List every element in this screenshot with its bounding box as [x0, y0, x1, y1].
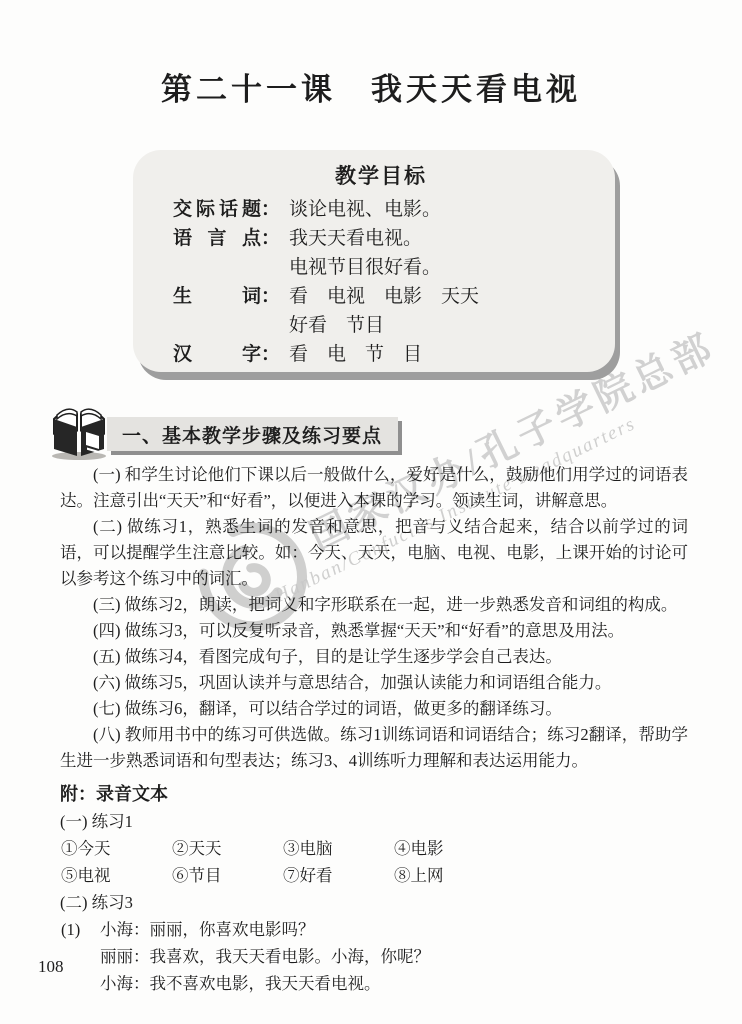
exercise1-item: ①今天 [61, 835, 172, 862]
objective-label-wrap: 生词： [173, 282, 280, 340]
objective-label: 汉字 [173, 340, 261, 369]
objective-content-line: 好看 节目 [289, 311, 479, 340]
objective-content-line: 我天天看电视。 [289, 224, 441, 253]
objectives-title: 教学目标 [173, 160, 589, 190]
body-paragraph: (四) 做练习3，可以反复听录音，熟悉掌握“天天”和“好看”的意思及用法。 [60, 618, 688, 644]
exercise3-label: (二) 练习3 [60, 889, 688, 916]
objective-label-wrap: 汉字： [173, 340, 280, 369]
exercise1-item: ④电影 [394, 835, 505, 862]
exercise1-item: ③电脑 [283, 835, 394, 862]
textbook-page: 国家汉办/孔子学院总部 Hanban/Confucius Institute H… [0, 0, 742, 1024]
exercise1-word-list: ①今天 ②天天 ③电脑 ④电影 ⑤电视 ⑥节目 ⑦好看 ⑧上网 [61, 835, 688, 889]
objective-colon: ： [261, 228, 280, 249]
objective-colon: ： [261, 344, 280, 365]
section-heading: 一、基本教学步骤及练习要点 [122, 421, 382, 448]
exercise1-label: (一) 练习1 [60, 808, 688, 835]
dialogue-line: 小海：我不喜欢电影，我天天看电视。 [100, 970, 688, 997]
body-paragraph: (七) 做练习6，翻译，可以结合学过的词语，做更多的翻译练习。 [60, 696, 688, 722]
objective-content-line: 看 电视 电影 天天 [289, 282, 479, 311]
objective-label: 交际话题 [173, 195, 261, 224]
body-paragraph: (一) 和学生讨论他们下课以后一般做什么，爱好是什么，鼓励他们用学过的词语表达。… [60, 462, 688, 514]
objective-label: 语言点 [173, 224, 261, 253]
main-content: (一) 和学生讨论他们下课以后一般做什么，爱好是什么，鼓励他们用学过的词语表达。… [60, 462, 688, 997]
objective-content-line: 谈论电视、电影。 [289, 195, 441, 224]
body-paragraph: (六) 做练习5，巩固认读并与意思结合，加强认读能力和词语组合能力。 [60, 670, 688, 696]
objective-content-line: 看 电 节 目 [289, 340, 422, 369]
objective-content: 我天天看电视。 电视节目很好看。 [289, 224, 441, 282]
section-header: 一、基本教学步骤及练习要点 [107, 417, 398, 451]
dialogue-line: 小海：丽丽，你喜欢电影吗？ [100, 916, 688, 943]
exercise1-item: ⑤电视 [61, 862, 172, 889]
exercise1-item: ②天天 [172, 835, 283, 862]
body-paragraph: (二) 做练习1，熟悉生词的发音和意思，把音与义结合起来，结合以前学过的词语，可… [60, 514, 688, 592]
objective-row-language-points: 语言点： 我天天看电视。 电视节目很好看。 [173, 224, 589, 282]
exercise1-item: ⑧上网 [394, 862, 505, 889]
exercise1-item: ⑦好看 [283, 862, 394, 889]
page-title: 第二十一课 我天天看电视 [0, 64, 742, 109]
objective-content: 看 电视 电影 天天 好看 节目 [289, 282, 479, 340]
objective-label-wrap: 交际话题： [173, 195, 280, 224]
objective-colon: ： [261, 199, 280, 220]
audio-transcript-appendix: 附：录音文本 (一) 练习1 ①今天 ②天天 ③电脑 ④电影 ⑤电视 ⑥节目 ⑦… [60, 780, 688, 997]
body-paragraph: (八) 教师用书中的练习可供选做。练习1训练词语和词语结合；练习2翻译，帮助学生… [60, 722, 688, 774]
objective-content-line: 电视节目很好看。 [289, 253, 441, 282]
objective-row-new-words: 生词： 看 电视 电影 天天 好看 节目 [173, 282, 589, 340]
exercise1-item: ⑥节目 [172, 862, 283, 889]
appendix-heading: 附：录音文本 [60, 780, 688, 808]
objective-content: 谈论电视、电影。 [289, 195, 441, 224]
objective-colon: ： [261, 286, 280, 307]
dialogue-number: (1) [61, 916, 80, 943]
objectives-box: 教学目标 交际话题： 谈论电视、电影。 语言点： 我天天看电视。 电视节目很好看… [133, 150, 615, 372]
exercise3-dialogue: (1) 小海：丽丽，你喜欢电影吗？ 丽丽：我喜欢，我天天看电影。小海，你呢？ 小… [60, 916, 688, 997]
dialogue-line: 丽丽：我喜欢，我天天看电影。小海，你呢？ [100, 943, 688, 970]
body-paragraph: (五) 做练习4，看图完成句子，目的是让学生逐步学会自己表达。 [60, 644, 688, 670]
objective-row-characters: 汉字： 看 电 节 目 [173, 340, 589, 369]
objective-label: 生词 [173, 282, 261, 311]
objective-label-wrap: 语言点： [173, 224, 280, 282]
page-number: 108 [38, 957, 64, 977]
objective-row-topic: 交际话题： 谈论电视、电影。 [173, 195, 589, 224]
body-paragraph: (三) 做练习2，朗读，把词义和字形联系在一起，进一步熟悉发音和词组的构成。 [60, 592, 688, 618]
open-book-icon [46, 403, 112, 461]
objective-content: 看 电 节 目 [289, 340, 422, 369]
